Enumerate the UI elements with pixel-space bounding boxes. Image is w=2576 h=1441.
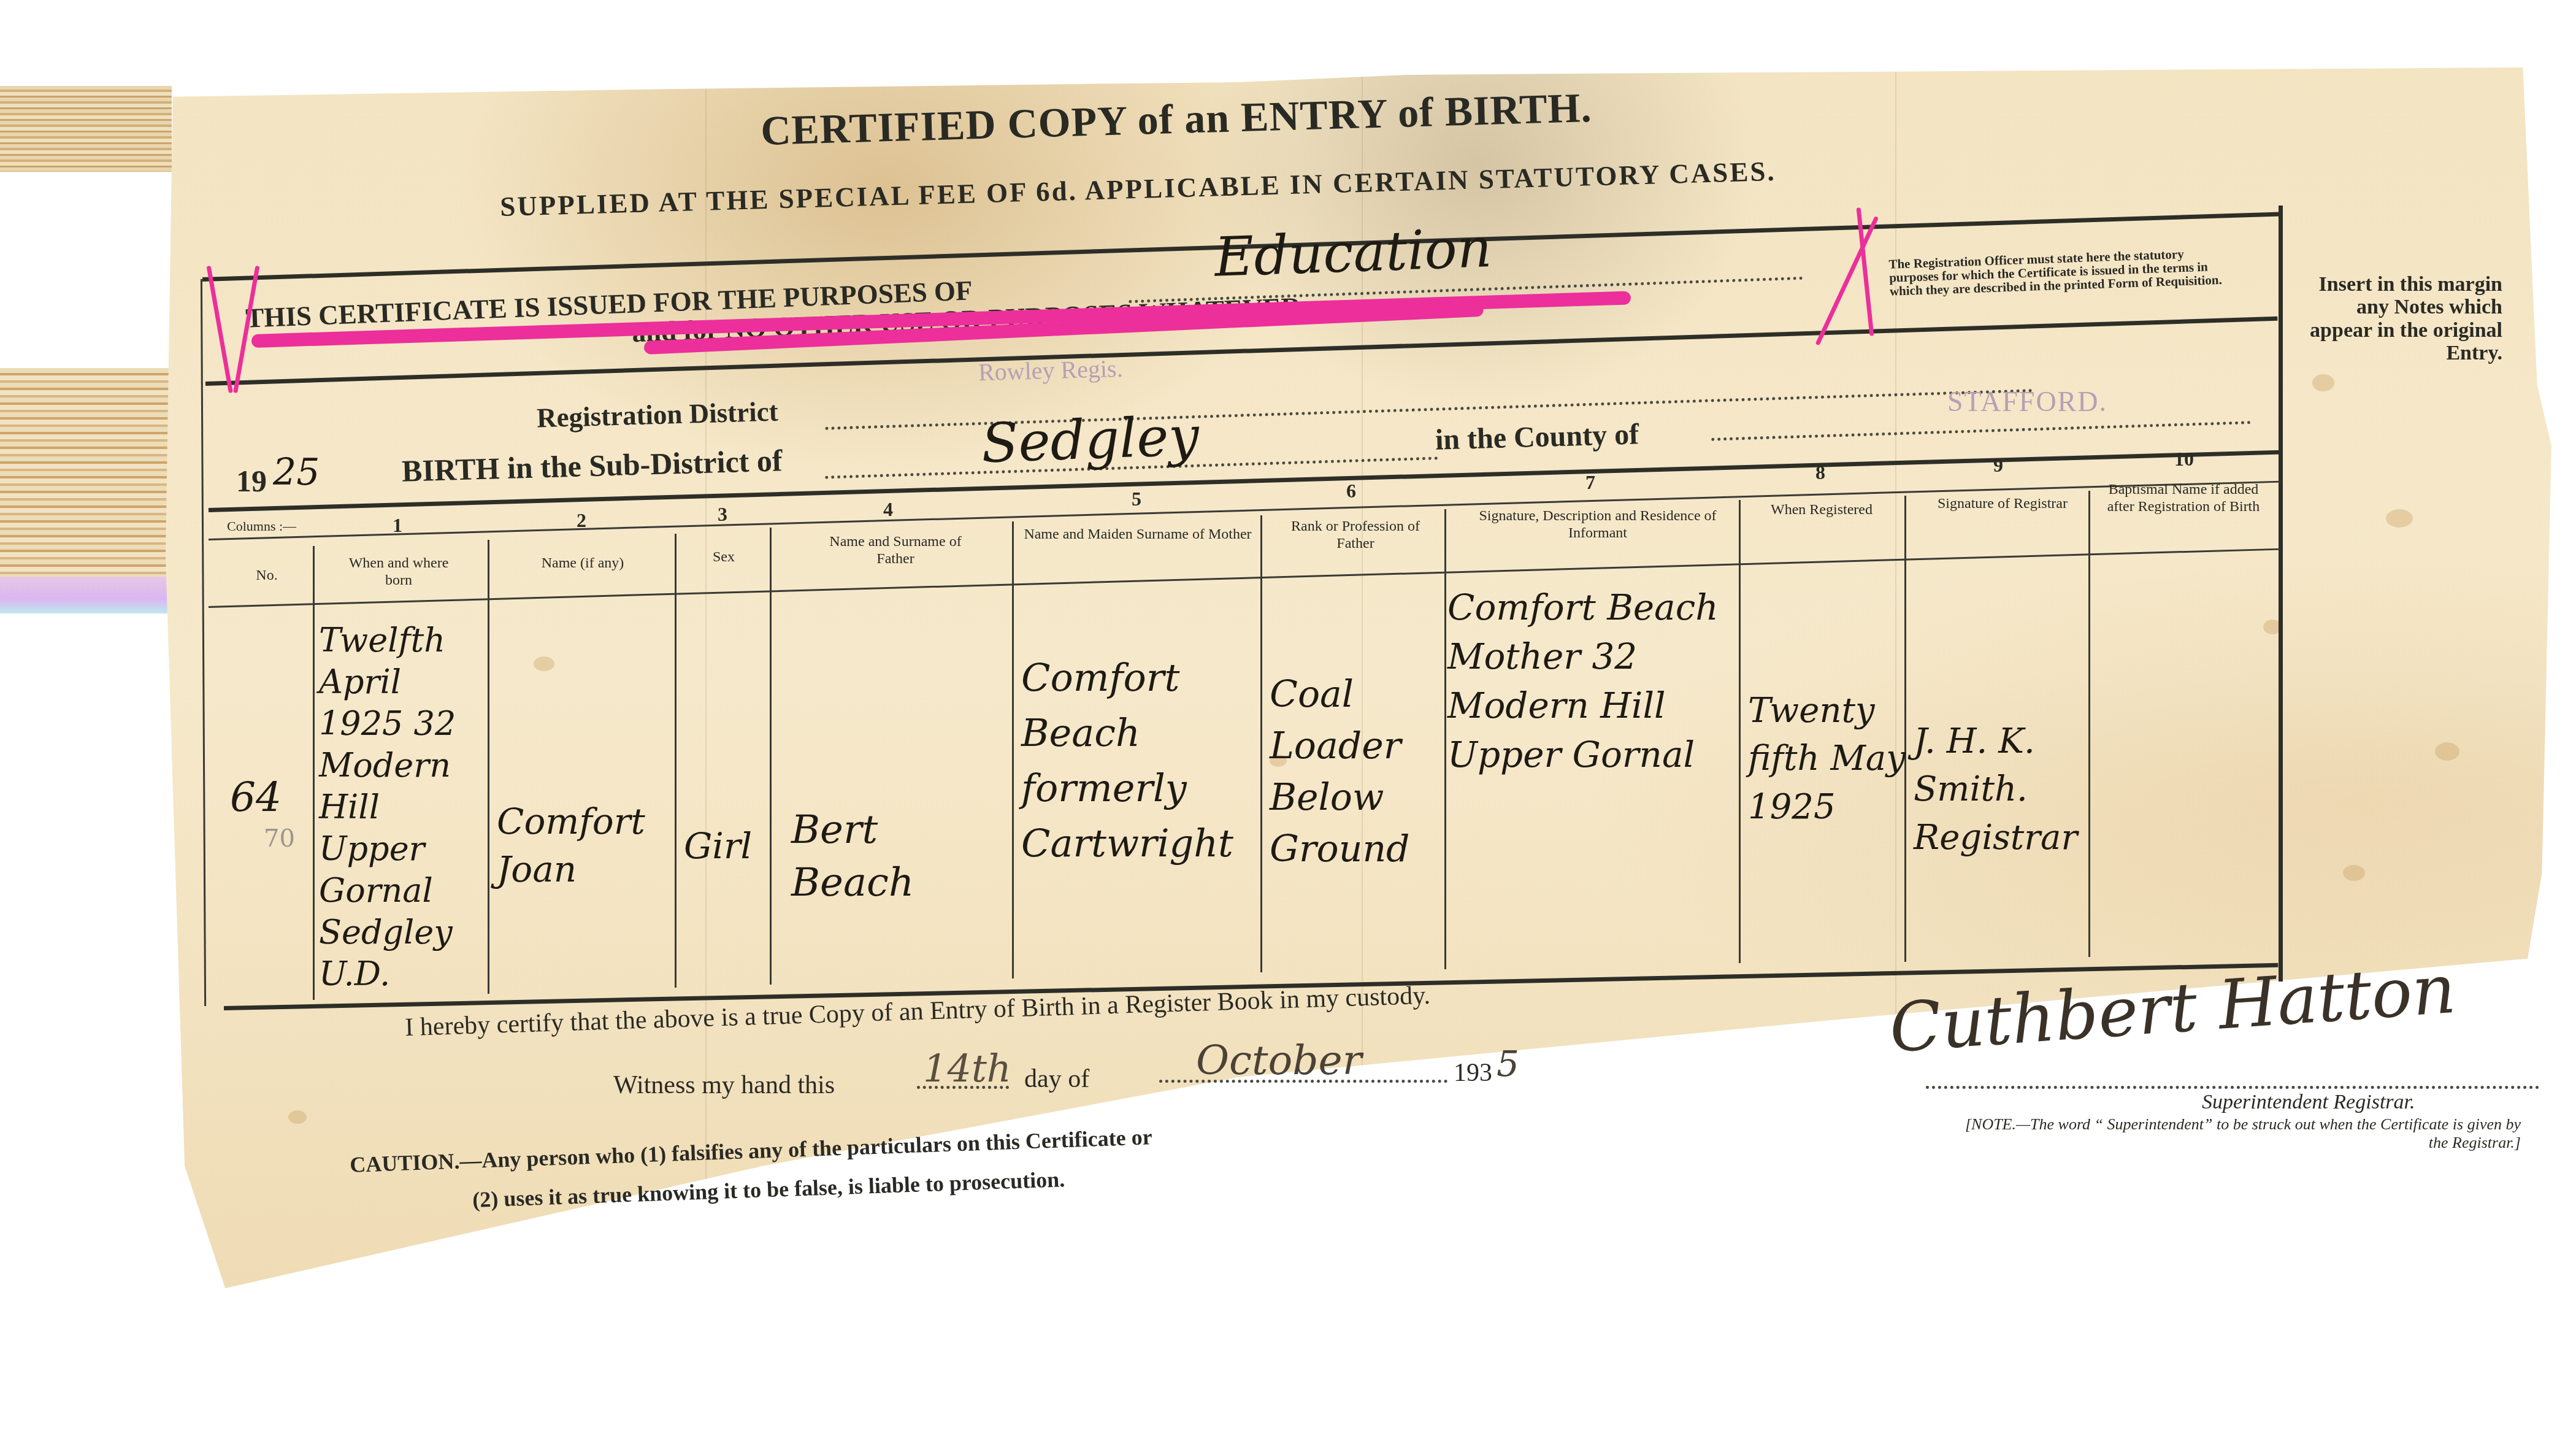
witness-day: 14th xyxy=(923,1046,1011,1091)
witness-year-prefix: 193 xyxy=(1454,1058,1492,1088)
column-header-mother: Name and Maiden Surname of Mother xyxy=(1021,526,1254,544)
column-header-baptismal-name: Baptismal Name if added after Registrati… xyxy=(2098,482,2269,515)
entry-father-profession: Coal Loader Below Ground xyxy=(1270,669,1447,875)
witness-prefix: Witness my hand this xyxy=(613,1070,835,1100)
column-number: 8 xyxy=(1815,461,1825,484)
column-header-registrar: Signature of Registrar xyxy=(1926,496,2079,513)
column-number: 1 xyxy=(393,514,402,537)
entry-number: 64 xyxy=(230,770,282,824)
county-label: in the County of xyxy=(1435,417,1639,456)
column-header-father: Name and Surname of Father xyxy=(810,534,981,567)
year-value: 25 xyxy=(273,451,320,494)
scan-edge-artifact xyxy=(0,86,172,172)
witness-year-suffix: 5 xyxy=(1497,1043,1519,1085)
scan-edge-artifact xyxy=(0,368,172,577)
entry-informant: Comfort Beach Mother 32 Modern Hill Uppe… xyxy=(1447,583,1742,779)
entry-when-registered: Twenty fifth May 1925 xyxy=(1748,687,1907,831)
purpose-value: Education xyxy=(1213,216,1492,289)
column-number: 6 xyxy=(1346,480,1356,502)
signatory-title: Superintendent Registrar. xyxy=(2202,1091,2415,1114)
signature-dotted-line xyxy=(1926,1086,2539,1089)
county-stamp: STAFFORD. xyxy=(1947,385,2107,418)
registration-district-stamp: Rowley Regis. xyxy=(978,354,1123,387)
column-number: 5 xyxy=(1132,488,1141,510)
column-number: 4 xyxy=(883,498,893,521)
entry-mother: Comfort Beach formerly Cartwright xyxy=(1021,650,1260,871)
witness-month: October xyxy=(1196,1037,1362,1084)
margin-note: Insert in this margin any Notes which ap… xyxy=(2300,273,2502,365)
registration-district-label: Registration District xyxy=(536,396,778,434)
box-right-rule xyxy=(2279,206,2283,982)
year-prefix: 19 xyxy=(236,463,267,499)
entry-registrar: J. H. K. Smith. Registrar xyxy=(1914,718,2091,862)
witness-day-of: day of xyxy=(1024,1064,1089,1094)
column-number: 9 xyxy=(1993,454,2003,477)
column-header-when-where-born: When and where born xyxy=(347,555,451,589)
entry-number-pencil: 70 xyxy=(264,822,295,855)
column-header-no: No. xyxy=(230,567,304,585)
column-number: 10 xyxy=(2174,448,2194,471)
column-number: 3 xyxy=(718,503,727,526)
column-header-sex: Sex xyxy=(687,549,761,566)
column-header-when-registered: When Registered xyxy=(1760,502,1883,519)
column-header-informant: Signature, Description and Residence of … xyxy=(1469,508,1727,542)
entry-sex: Girl xyxy=(684,822,770,870)
entry-name: Comfort Joan xyxy=(497,797,675,894)
column-header-name: Name (if any) xyxy=(515,555,650,572)
column-number: 7 xyxy=(1585,471,1595,494)
sub-district-value: Sedgley xyxy=(980,404,1200,475)
entry-when-where-born: Twelfth April 1925 32 Modern Hill Upper … xyxy=(319,620,491,995)
columns-label: Columns :— xyxy=(227,518,296,534)
registrar-note: [NOTE.—The word “ Superintendent” to be … xyxy=(1950,1115,2521,1152)
scan-edge-artifact xyxy=(0,577,172,613)
entry-father: Bert Beach xyxy=(791,804,1012,910)
column-number: 2 xyxy=(577,509,586,532)
column-header-father-profession: Rank or Profession of Father xyxy=(1273,518,1438,552)
